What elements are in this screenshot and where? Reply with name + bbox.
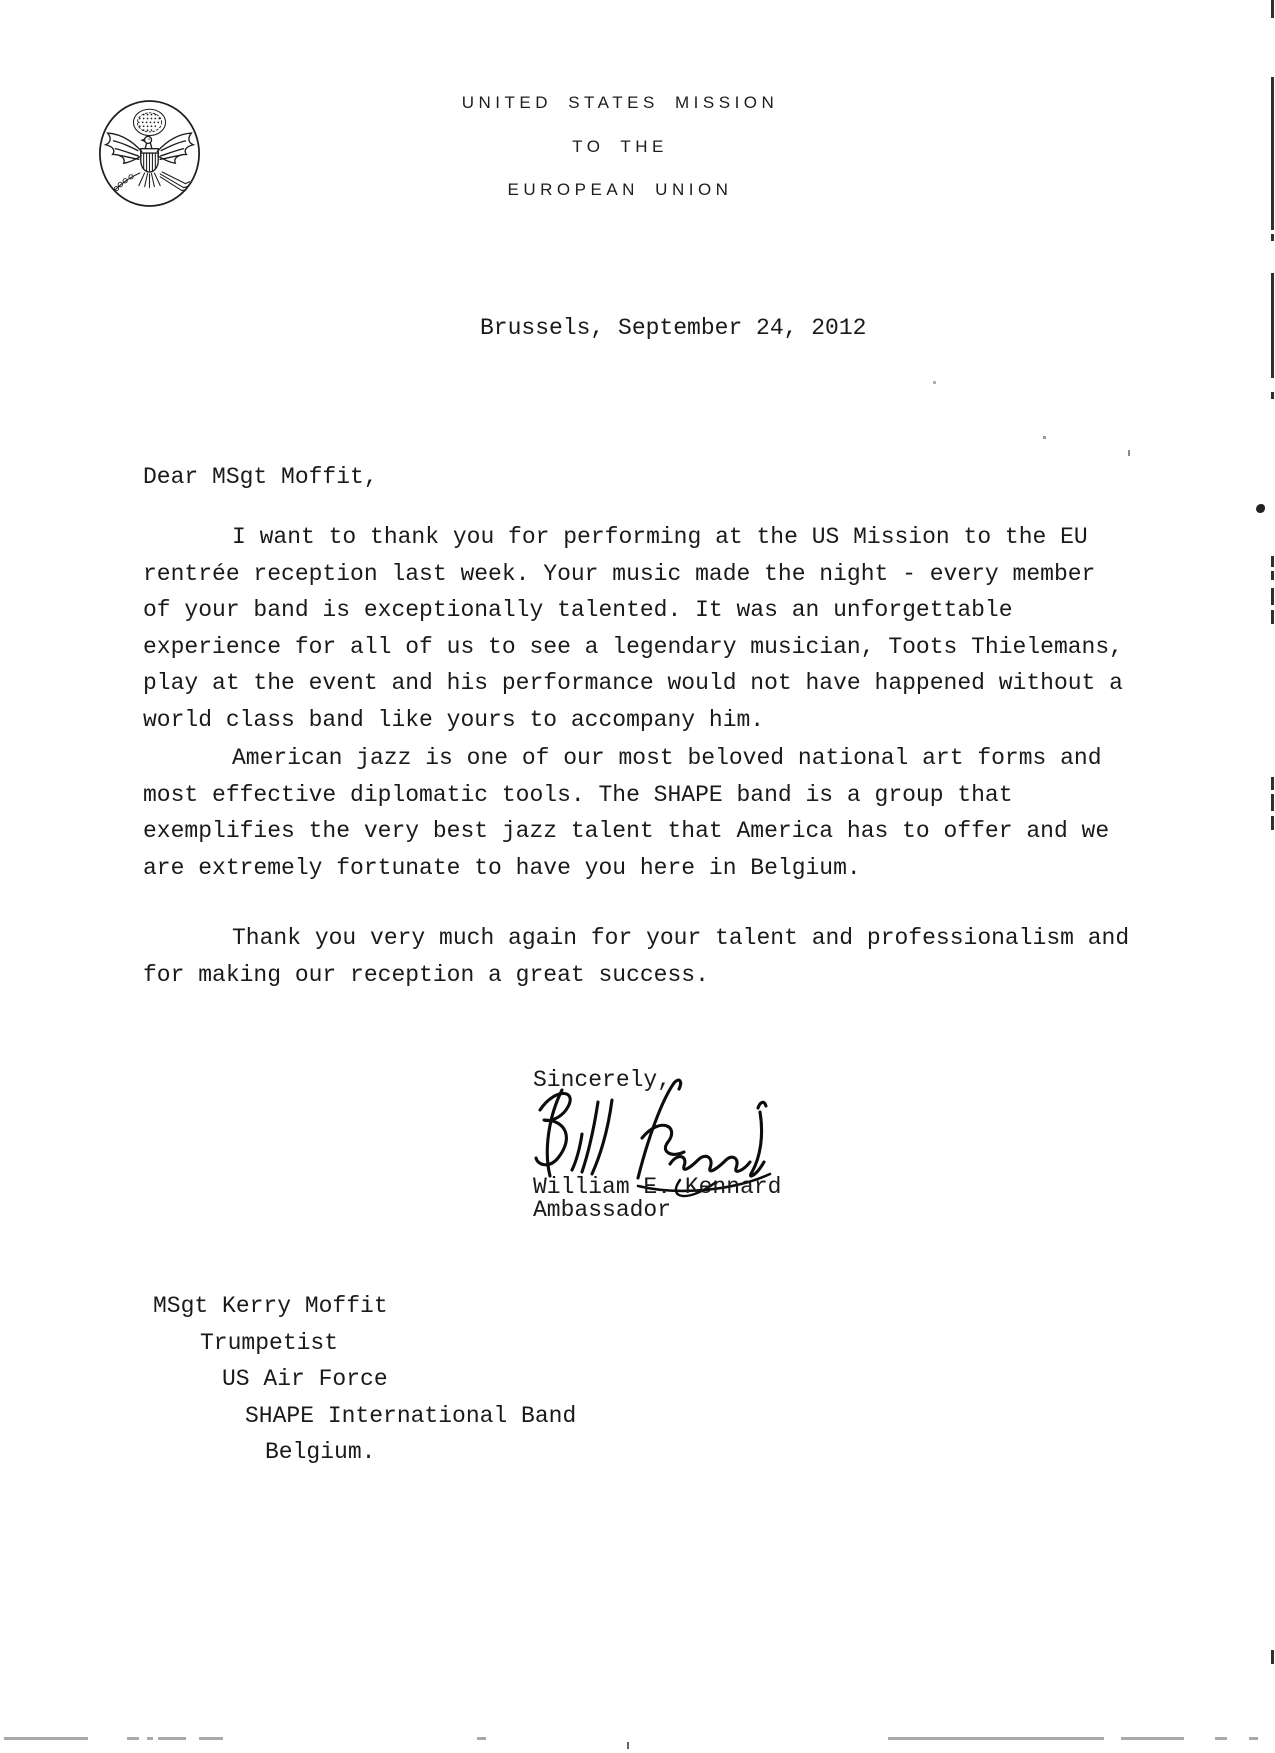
scan-artifact <box>1271 556 1274 567</box>
recipient-name: MSgt Kerry Moffit <box>153 1288 576 1325</box>
scan-artifact <box>1249 1737 1258 1740</box>
scan-artifact <box>127 1737 139 1740</box>
scan-artifact <box>158 1737 186 1740</box>
scan-artifact <box>1043 436 1046 439</box>
great-seal-icon <box>96 97 203 210</box>
body-paragraph-2: American jazz is one of our most beloved… <box>143 740 1203 886</box>
signature-block: William E. Kennard Ambassador <box>533 1176 781 1221</box>
scan-artifact <box>1271 816 1274 830</box>
scan-artifact <box>1271 571 1274 580</box>
scan-artifact <box>1271 77 1274 230</box>
scan-artifact <box>1271 0 1274 18</box>
recipient-unit: SHAPE International Band <box>245 1398 576 1435</box>
letterhead-line-1: UNITED STATES MISSION <box>320 81 920 125</box>
scan-artifact <box>199 1737 223 1740</box>
letterhead: UNITED STATES MISSION TO THE EUROPEAN UN… <box>320 81 920 212</box>
sender-title: Ambassador <box>533 1199 781 1222</box>
scan-artifact <box>1271 392 1274 399</box>
scan-artifact <box>1271 588 1274 605</box>
scan-artifact <box>627 1742 629 1749</box>
recipient-block: MSgt Kerry Moffit Trumpetist US Air Forc… <box>143 1288 576 1471</box>
scan-artifact <box>933 381 936 384</box>
dateline: Brussels, September 24, 2012 <box>480 310 866 347</box>
scan-artifact <box>4 1737 88 1740</box>
scan-artifact <box>1271 777 1274 790</box>
constellation-dots <box>138 114 160 131</box>
scan-artifact <box>1271 234 1274 241</box>
recipient-role: Trumpetist <box>200 1325 576 1362</box>
scan-artifact <box>1215 1737 1227 1740</box>
scanned-letter-page: UNITED STATES MISSION TO THE EUROPEAN UN… <box>0 0 1275 1753</box>
scan-artifact <box>1256 504 1265 513</box>
scan-artifact <box>1271 610 1274 624</box>
salutation: Dear MSgt Moffit, <box>143 459 378 496</box>
recipient-service: US Air Force <box>222 1361 576 1398</box>
letterhead-line-3: EUROPEAN UNION <box>320 168 920 212</box>
letterhead-line-2: TO THE <box>320 125 920 169</box>
scan-artifact <box>1128 450 1130 456</box>
scan-artifact <box>1271 1650 1274 1664</box>
typed-name: William E. Kennard <box>533 1176 781 1199</box>
scan-artifact <box>1271 794 1274 811</box>
body-paragraph-3: Thank you very much again for your talen… <box>143 920 1203 993</box>
body-paragraph-1: I want to thank you for performing at th… <box>143 519 1203 738</box>
scan-artifact <box>477 1737 486 1740</box>
recipient-country: Belgium. <box>265 1434 576 1471</box>
scan-artifact <box>1271 273 1274 378</box>
scan-artifact <box>1121 1737 1184 1740</box>
scan-artifact <box>888 1737 1104 1740</box>
scan-artifact <box>147 1737 153 1740</box>
